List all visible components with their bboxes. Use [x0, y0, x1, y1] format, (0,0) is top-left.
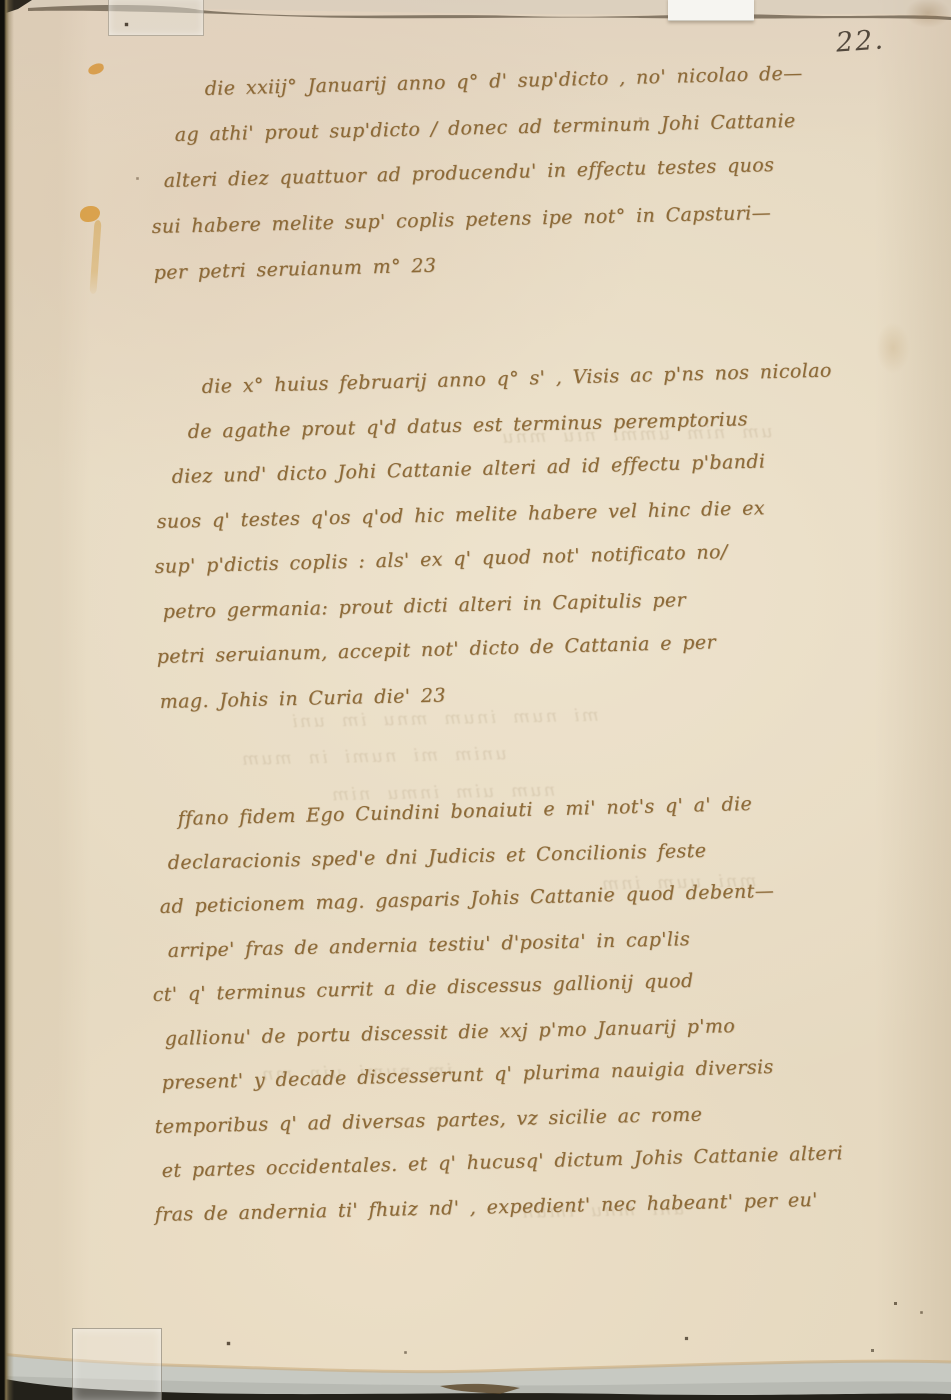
- foxing-mark: [876, 322, 910, 374]
- manuscript-entry-3: ffano fidem Ego Cuindini bonaiuti e mi' …: [150, 808, 843, 1248]
- book-gutter-edge: [0, 0, 14, 1400]
- manuscript-scan: um nim ummi niu mnu mi num inum mnu im u…: [0, 0, 951, 1400]
- page-number: 22.: [835, 24, 886, 58]
- tape-top-center: [668, 0, 754, 21]
- tape-bottom-left: [72, 1328, 162, 1400]
- corner-crease-shadow: [905, 0, 951, 28]
- paper-specks: [0, 0, 1, 1]
- manuscript-entry-1: die xxiij° Januarij anno q° d' sup'dicto…: [150, 78, 803, 308]
- manuscript-entry-2: die x° huius februarij anno q° s' , Visi…: [150, 376, 832, 736]
- tape-top-left: [108, 0, 204, 36]
